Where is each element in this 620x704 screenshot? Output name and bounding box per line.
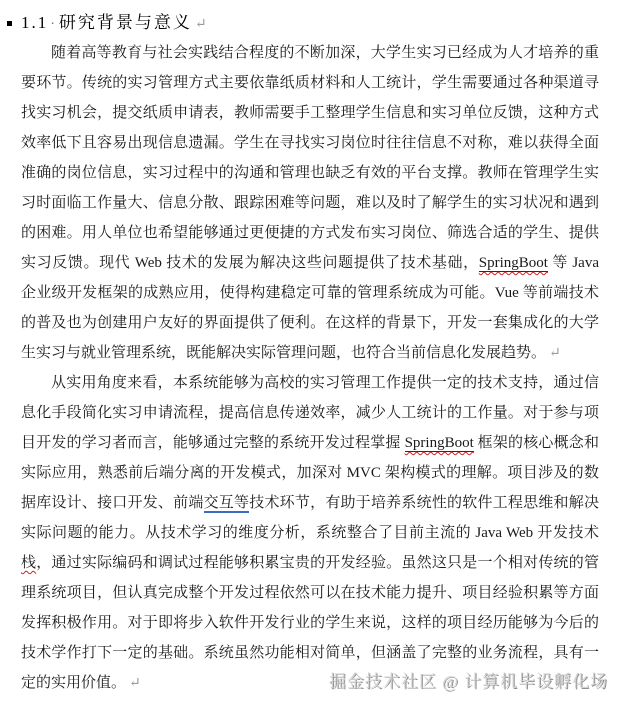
text-segment: 技术学作打下一定的基础。系统虽然功能相对简单，但涵盖了完整的业务流程，具有一 [21, 645, 599, 661]
marked-text-gram: 交互等 [204, 495, 250, 513]
text-line: 技术学作打下一定的基础。系统虽然功能相对简单，但涵盖了完整的业务流程，具有一 [21, 638, 599, 668]
text-segment: 理系统项目，但认真完成整个开发过程依然可以在技术能力提升、项目经验积累等方面 [21, 585, 599, 601]
text-segment: 实际应用，熟悉前后端分离的开发模式，加深对 MVC 架构模式的理解。项目涉及的数 [21, 465, 599, 481]
text-segment: 发挥积极作用。对于即将步入软件开发行业的学生来说，这样的项目经历能够为今后的 [21, 615, 599, 631]
text-line: 实际问题的能力。从技术学习的维度分析，系统整合了目前主流的 Java Web 开… [21, 518, 599, 548]
text-segment: 企业级开发框架的成熟应用，使得构建稳定可靠的管理系统成为可能。Vue 等前端技术 [21, 285, 599, 301]
outline-square-icon [7, 21, 12, 26]
text-line: 实际应用，熟悉前后端分离的开发模式，加深对 MVC 架构模式的理解。项目涉及的数 [21, 458, 599, 488]
heading-title: 研究背景与意义 [59, 13, 192, 32]
text-segment: 要环节。传统的实习管理方式主要依靠纸质材料和人工统计，学生需要通过各种渠道寻 [21, 75, 599, 91]
text-segment: 实习反馈。现代 Web 技术的发展为解决这些问题提供了技术基础， [21, 255, 479, 271]
text-line: 准确的岗位信息，实习过程中的沟通和管理也缺乏有效的平台支撑。教师在管理学生实 [21, 158, 599, 188]
text-line: 理系统项目，但认真完成整个开发过程依然可以在技术能力提升、项目经验积累等方面 [21, 578, 599, 608]
paragraph-mark-icon: ↵ [192, 17, 207, 32]
text-segment: 目开发的学习者而言，能够通过完整的系统开发过程掌握 [21, 435, 405, 451]
paragraph-mark-icon: ↵ [126, 676, 141, 691]
text-line: 发挥积极作用。对于即将步入软件开发行业的学生来说，这样的项目经历能够为今后的 [21, 608, 599, 638]
space-formatting-mark: · [48, 17, 59, 32]
text-segment: 据库设计、接口开发、前端 [21, 495, 204, 511]
text-segment: 息化手段简化实习申请流程，提高信息传递效率，减少人工统计的工作量。对于参与项 [21, 405, 599, 421]
paragraph-2: 从实用角度来看，本系统能够为高校的实习管理工作提供一定的技术支持，通过信息化手段… [21, 368, 599, 698]
text-segment: 从实用角度来看，本系统能够为高校的实习管理工作提供一定的技术支持，通过信 [51, 375, 599, 391]
text-segment: 找实习机会，提交纸质申请表，教师需要手工整理学生信息和实习单位反馈，这种方式 [21, 105, 599, 121]
text-segment: 生实习与就业管理系统，既能解决实际管理问题，也符合当前信息化发展趋势。 [21, 345, 546, 361]
text-line: 随着高等教育与社会实践结合程度的不断加深，大学生实习已经成为人才培养的重 [21, 38, 599, 68]
text-line: 习时面临工作量大、信息分散、跟踪困难等问题，难以及时了解学生的实习状况和遇到 [21, 188, 599, 218]
text-segment: 的困难。用人单位也希望能够通过更便捷的方式发布实习岗位、筛选合适的学生、提供 [21, 225, 599, 241]
text-line: 效率低下且容易出现信息遗漏。学生在寻找实习岗位时往往信息不对称，难以获得全面 [21, 128, 599, 158]
document-page: 1.1·研究背景与意义↵ 随着高等教育与社会实践结合程度的不断加深，大学生实习已… [0, 0, 620, 704]
text-line: 据库设计、接口开发、前端交互等技术环节，有助于培养系统性的软件工程思维和解决 [21, 488, 599, 518]
marked-text-spell: 栈 [21, 555, 36, 571]
text-line: 的普及也为创建用户友好的界面提供了便利。在这样的背景下，开发一套集成化的大学 [21, 308, 599, 338]
text-line: 实习反馈。现代 Web 技术的发展为解决这些问题提供了技术基础，SpringBo… [21, 248, 599, 278]
text-line: 息化手段简化实习申请流程，提高信息传递效率，减少人工统计的工作量。对于参与项 [21, 398, 599, 428]
marked-text-spell-ul: SpringBoot [405, 435, 474, 452]
heading-number: 1.1 [21, 13, 48, 32]
text-line: 找实习机会，提交纸质申请表，教师需要手工整理学生信息和实习单位反馈，这种方式 [21, 98, 599, 128]
watermark: 掘金技术社区 @ 计算机毕设孵化场 [329, 667, 608, 692]
text-line: 目开发的学习者而言，能够通过完整的系统开发过程掌握 SpringBoot 框架的… [21, 428, 599, 458]
text-line: 要环节。传统的实习管理方式主要依靠纸质材料和人工统计，学生需要通过各种渠道寻 [21, 68, 599, 98]
text-segment: 等 Java [548, 255, 599, 271]
text-line: 生实习与就业管理系统，既能解决实际管理问题，也符合当前信息化发展趋势。↵ [21, 338, 599, 368]
text-segment: 习时面临工作量大、信息分散、跟踪困难等问题，难以及时了解学生的实习状况和遇到 [21, 195, 599, 211]
section-heading: 1.1·研究背景与意义↵ [21, 8, 599, 38]
text-segment: 框架的核心概念和 [474, 435, 599, 451]
text-line: 的困难。用人单位也希望能够通过更便捷的方式发布实习岗位、筛选合适的学生、提供 [21, 218, 599, 248]
text-segment: 定的实用价值。 [21, 675, 126, 691]
text-segment: 准确的岗位信息，实习过程中的沟通和管理也缺乏有效的平台支撑。教师在管理学生实 [21, 165, 599, 181]
text-segment: 实际问题的能力。从技术学习的维度分析，系统整合了目前主流的 Java Web 开… [21, 525, 599, 541]
text-segment: 效率低下且容易出现信息遗漏。学生在寻找实习岗位时往往信息不对称，难以获得全面 [21, 135, 599, 151]
text-segment: ，通过实际编码和调试过程能够积累宝贵的开发经验。虽然这只是一个相对传统的管 [36, 555, 599, 571]
marked-text-spell-ul: SpringBoot [479, 255, 548, 272]
text-segment: 随着高等教育与社会实践结合程度的不断加深，大学生实习已经成为人才培养的重 [51, 45, 599, 61]
text-line: 栈，通过实际编码和调试过程能够积累宝贵的开发经验。虽然这只是一个相对传统的管 [21, 548, 599, 578]
text-line: 企业级开发框架的成熟应用，使得构建稳定可靠的管理系统成为可能。Vue 等前端技术 [21, 278, 599, 308]
paragraph-1: 随着高等教育与社会实践结合程度的不断加深，大学生实习已经成为人才培养的重要环节。… [21, 38, 599, 368]
document-content: 1.1·研究背景与意义↵ 随着高等教育与社会实践结合程度的不断加深，大学生实习已… [21, 8, 599, 698]
text-line: 从实用角度来看，本系统能够为高校的实习管理工作提供一定的技术支持，通过信 [21, 368, 599, 398]
paragraph-mark-icon: ↵ [546, 346, 561, 361]
text-segment: 的普及也为创建用户友好的界面提供了便利。在这样的背景下，开发一套集成化的大学 [21, 315, 599, 331]
text-segment: 技术环节，有助于培养系统性的软件工程思维和解决 [249, 495, 599, 511]
